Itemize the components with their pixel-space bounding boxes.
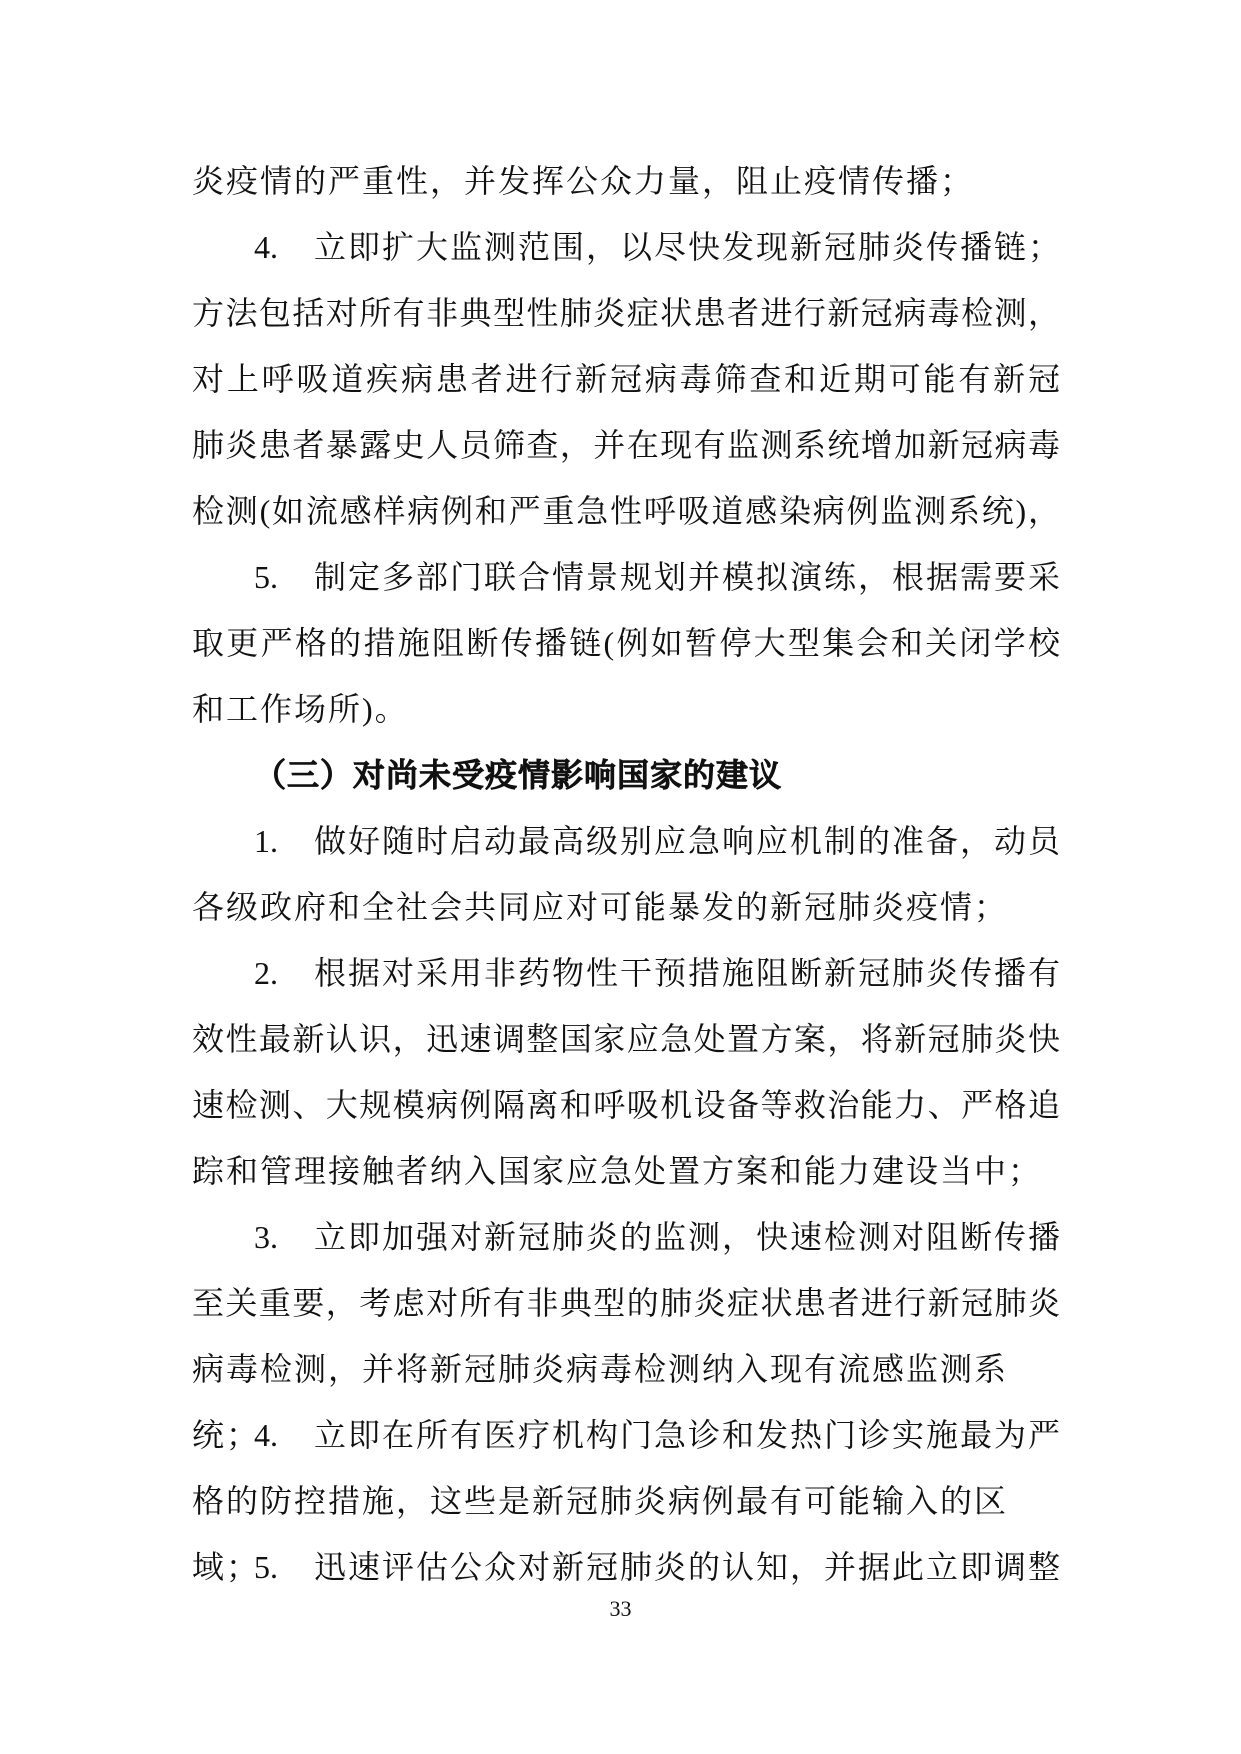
text-line: 踪和管理接触者纳入国家应急处置方案和能力建设当中；: [192, 1138, 1060, 1204]
text-line: 2. 根据对采用非药物性干预措施阻断新冠肺炎传播有: [192, 940, 1060, 1006]
text-line: 方法包括对所有非典型性肺炎症状患者进行新冠病毒检测，: [192, 280, 1060, 346]
text-line: 格的防控措施，这些是新冠肺炎病例最有可能输入的区域；: [192, 1468, 1060, 1534]
text-line: 肺炎患者暴露史人员筛查，并在现有监测系统增加新冠病毒: [192, 412, 1060, 478]
text-line: 5. 迅速评估公众对新冠肺炎的认知，并据此立即调整: [192, 1534, 1060, 1600]
text-line: 4. 立即扩大监测范围，以尽快发现新冠肺炎传播链；: [192, 214, 1060, 280]
text-line: 速检测、大规模病例隔离和呼吸机设备等救治能力、严格追: [192, 1072, 1060, 1138]
document-body: 炎疫情的严重性，并发挥公众力量，阻止疫情传播； 4. 立即扩大监测范围，以尽快发…: [192, 148, 1060, 1600]
text-line: 病毒检测，并将新冠肺炎病毒检测纳入现有流感监测系统；: [192, 1336, 1060, 1402]
page-number: 33: [0, 1596, 1241, 1622]
text-line: 检测(如流感样病例和严重急性呼吸道感染病例监测系统)，: [192, 478, 1060, 544]
document-page: 炎疫情的严重性，并发挥公众力量，阻止疫情传播； 4. 立即扩大监测范围，以尽快发…: [0, 0, 1241, 1754]
text-line: 炎疫情的严重性，并发挥公众力量，阻止疫情传播；: [192, 148, 1060, 214]
text-line: 4. 立即在所有医疗机构门急诊和发热门诊实施最为严: [192, 1402, 1060, 1468]
text-line: 1. 做好随时启动最高级别应急响应机制的准备，动员: [192, 808, 1060, 874]
text-line: 效性最新认识，迅速调整国家应急处置方案，将新冠肺炎快: [192, 1006, 1060, 1072]
text-line: 3. 立即加强对新冠肺炎的监测，快速检测对阻断传播: [192, 1204, 1060, 1270]
text-line: 5. 制定多部门联合情景规划并模拟演练，根据需要采: [192, 544, 1060, 610]
text-line: 至关重要，考虑对所有非典型的肺炎症状患者进行新冠肺炎: [192, 1270, 1060, 1336]
text-line: 取更严格的措施阻断传播链(例如暂停大型集会和关闭学校: [192, 610, 1060, 676]
text-line: 各级政府和全社会共同应对可能暴发的新冠肺炎疫情；: [192, 874, 1060, 940]
text-line: 和工作场所)。: [192, 676, 1060, 742]
text-line: 对上呼吸道疾病患者进行新冠病毒筛查和近期可能有新冠: [192, 346, 1060, 412]
section-heading: （三）对尚未受疫情影响国家的建议: [192, 742, 1060, 808]
